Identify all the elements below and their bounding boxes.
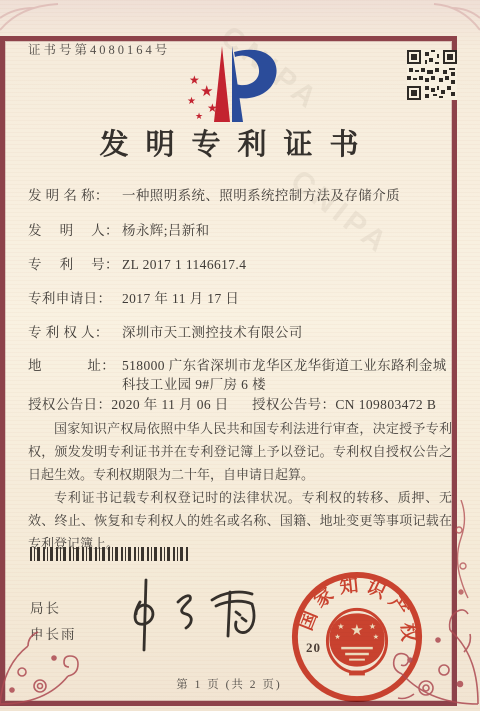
page-footer: 第 1 页 (共 2 页) [0, 676, 458, 692]
grant-number-label: 授权公告号： [252, 397, 335, 412]
patent-certificate-page: CNIPA CNIPA 证书号第4080164号 ★ ★ ★ ★ ★ [0, 0, 480, 711]
grant-number-value: CN 109803472 B [335, 397, 436, 412]
svg-text:★: ★ [369, 622, 376, 631]
director-signature [112, 572, 272, 662]
certificate-title: 发明专利证书 [0, 122, 458, 163]
legal-paragraph-1: 国家知识产权局依照中华人民共和国专利法进行审查，决定授予专利权，颁发发明专利证书… [28, 417, 452, 486]
qr-code [407, 50, 457, 105]
field-label: 地 址： [28, 356, 122, 394]
field-value: 2017 年 11 月 17 日 [122, 289, 452, 308]
legal-paragraph-2: 专利证书记载专利权登记时的法律状况。专利权的转移、质押、无效、终止、恢复和专利权… [28, 486, 452, 555]
svg-text:★: ★ [207, 101, 218, 115]
grant-row: 授权公告日：2020 年 11 月 06 日 授权公告号：CN 10980347… [28, 393, 452, 413]
field-address: 地 址： 518000 广东省深圳市龙华区龙华街道工业东路利金城科技工业园 9#… [28, 356, 452, 394]
field-label: 专 利 权 人： [28, 323, 122, 342]
certificate-number: 证书号第4080164号 [28, 40, 170, 58]
field-value: 518000 广东省深圳市龙华区龙华街道工业东路利金城科技工业园 9#厂房 6 … [122, 356, 452, 394]
barcode [30, 547, 188, 561]
legal-text: 国家知识产权局依照中华人民共和国专利法进行审查，决定授予专利权，颁发发明专利证书… [28, 417, 452, 555]
svg-text:★: ★ [187, 96, 196, 107]
field-value: 杨永辉;吕新和 [122, 221, 452, 240]
svg-text:★: ★ [195, 111, 203, 121]
corner-flourish-top-right [432, 0, 480, 39]
field-patent-number: 专 利 号： ZL 2017 1 1146617.4 [28, 255, 452, 274]
field-filing-date: 专利申请日： 2017 年 11 月 17 日 [28, 289, 452, 308]
cnipa-patent-logo-icon: ★ ★ ★ ★ ★ [185, 44, 280, 129]
field-invention-name: 发 明 名 称： 一种照明系统、照明系统控制方法及存储介质 [28, 186, 452, 205]
seal-partial-date: 20 [306, 640, 321, 656]
signer-name: 申长雨 [30, 623, 77, 643]
svg-text:★: ★ [350, 623, 363, 639]
svg-text:★: ★ [334, 633, 340, 641]
svg-text:★: ★ [189, 73, 200, 87]
field-label: 发 明 人： [28, 221, 122, 240]
signer-title: 局长 [30, 597, 61, 617]
grant-date-label: 授权公告日： [28, 397, 111, 412]
grant-date-value: 2020 年 11 月 06 日 [111, 397, 228, 412]
field-label: 专利申请日： [28, 289, 122, 308]
corner-flourish-top-left [0, 0, 60, 39]
field-value: 一种照明系统、照明系统控制方法及存储介质 [122, 186, 452, 205]
field-value: ZL 2017 1 1146617.4 [122, 255, 452, 274]
field-inventors: 发 明 人： 杨永辉;吕新和 [28, 221, 452, 240]
field-patentee: 专 利 权 人： 深圳市天工测控技术有限公司 [28, 323, 452, 342]
svg-text:★: ★ [200, 84, 213, 100]
svg-text:★: ★ [337, 622, 344, 631]
svg-text:★: ★ [373, 633, 379, 641]
national-emblem-icon: ★ ★ ★ ★ ★ [327, 609, 386, 675]
field-label: 发 明 名 称： [28, 186, 122, 205]
field-label: 专 利 号： [28, 255, 122, 274]
field-value: 深圳市天工测控技术有限公司 [122, 323, 452, 342]
